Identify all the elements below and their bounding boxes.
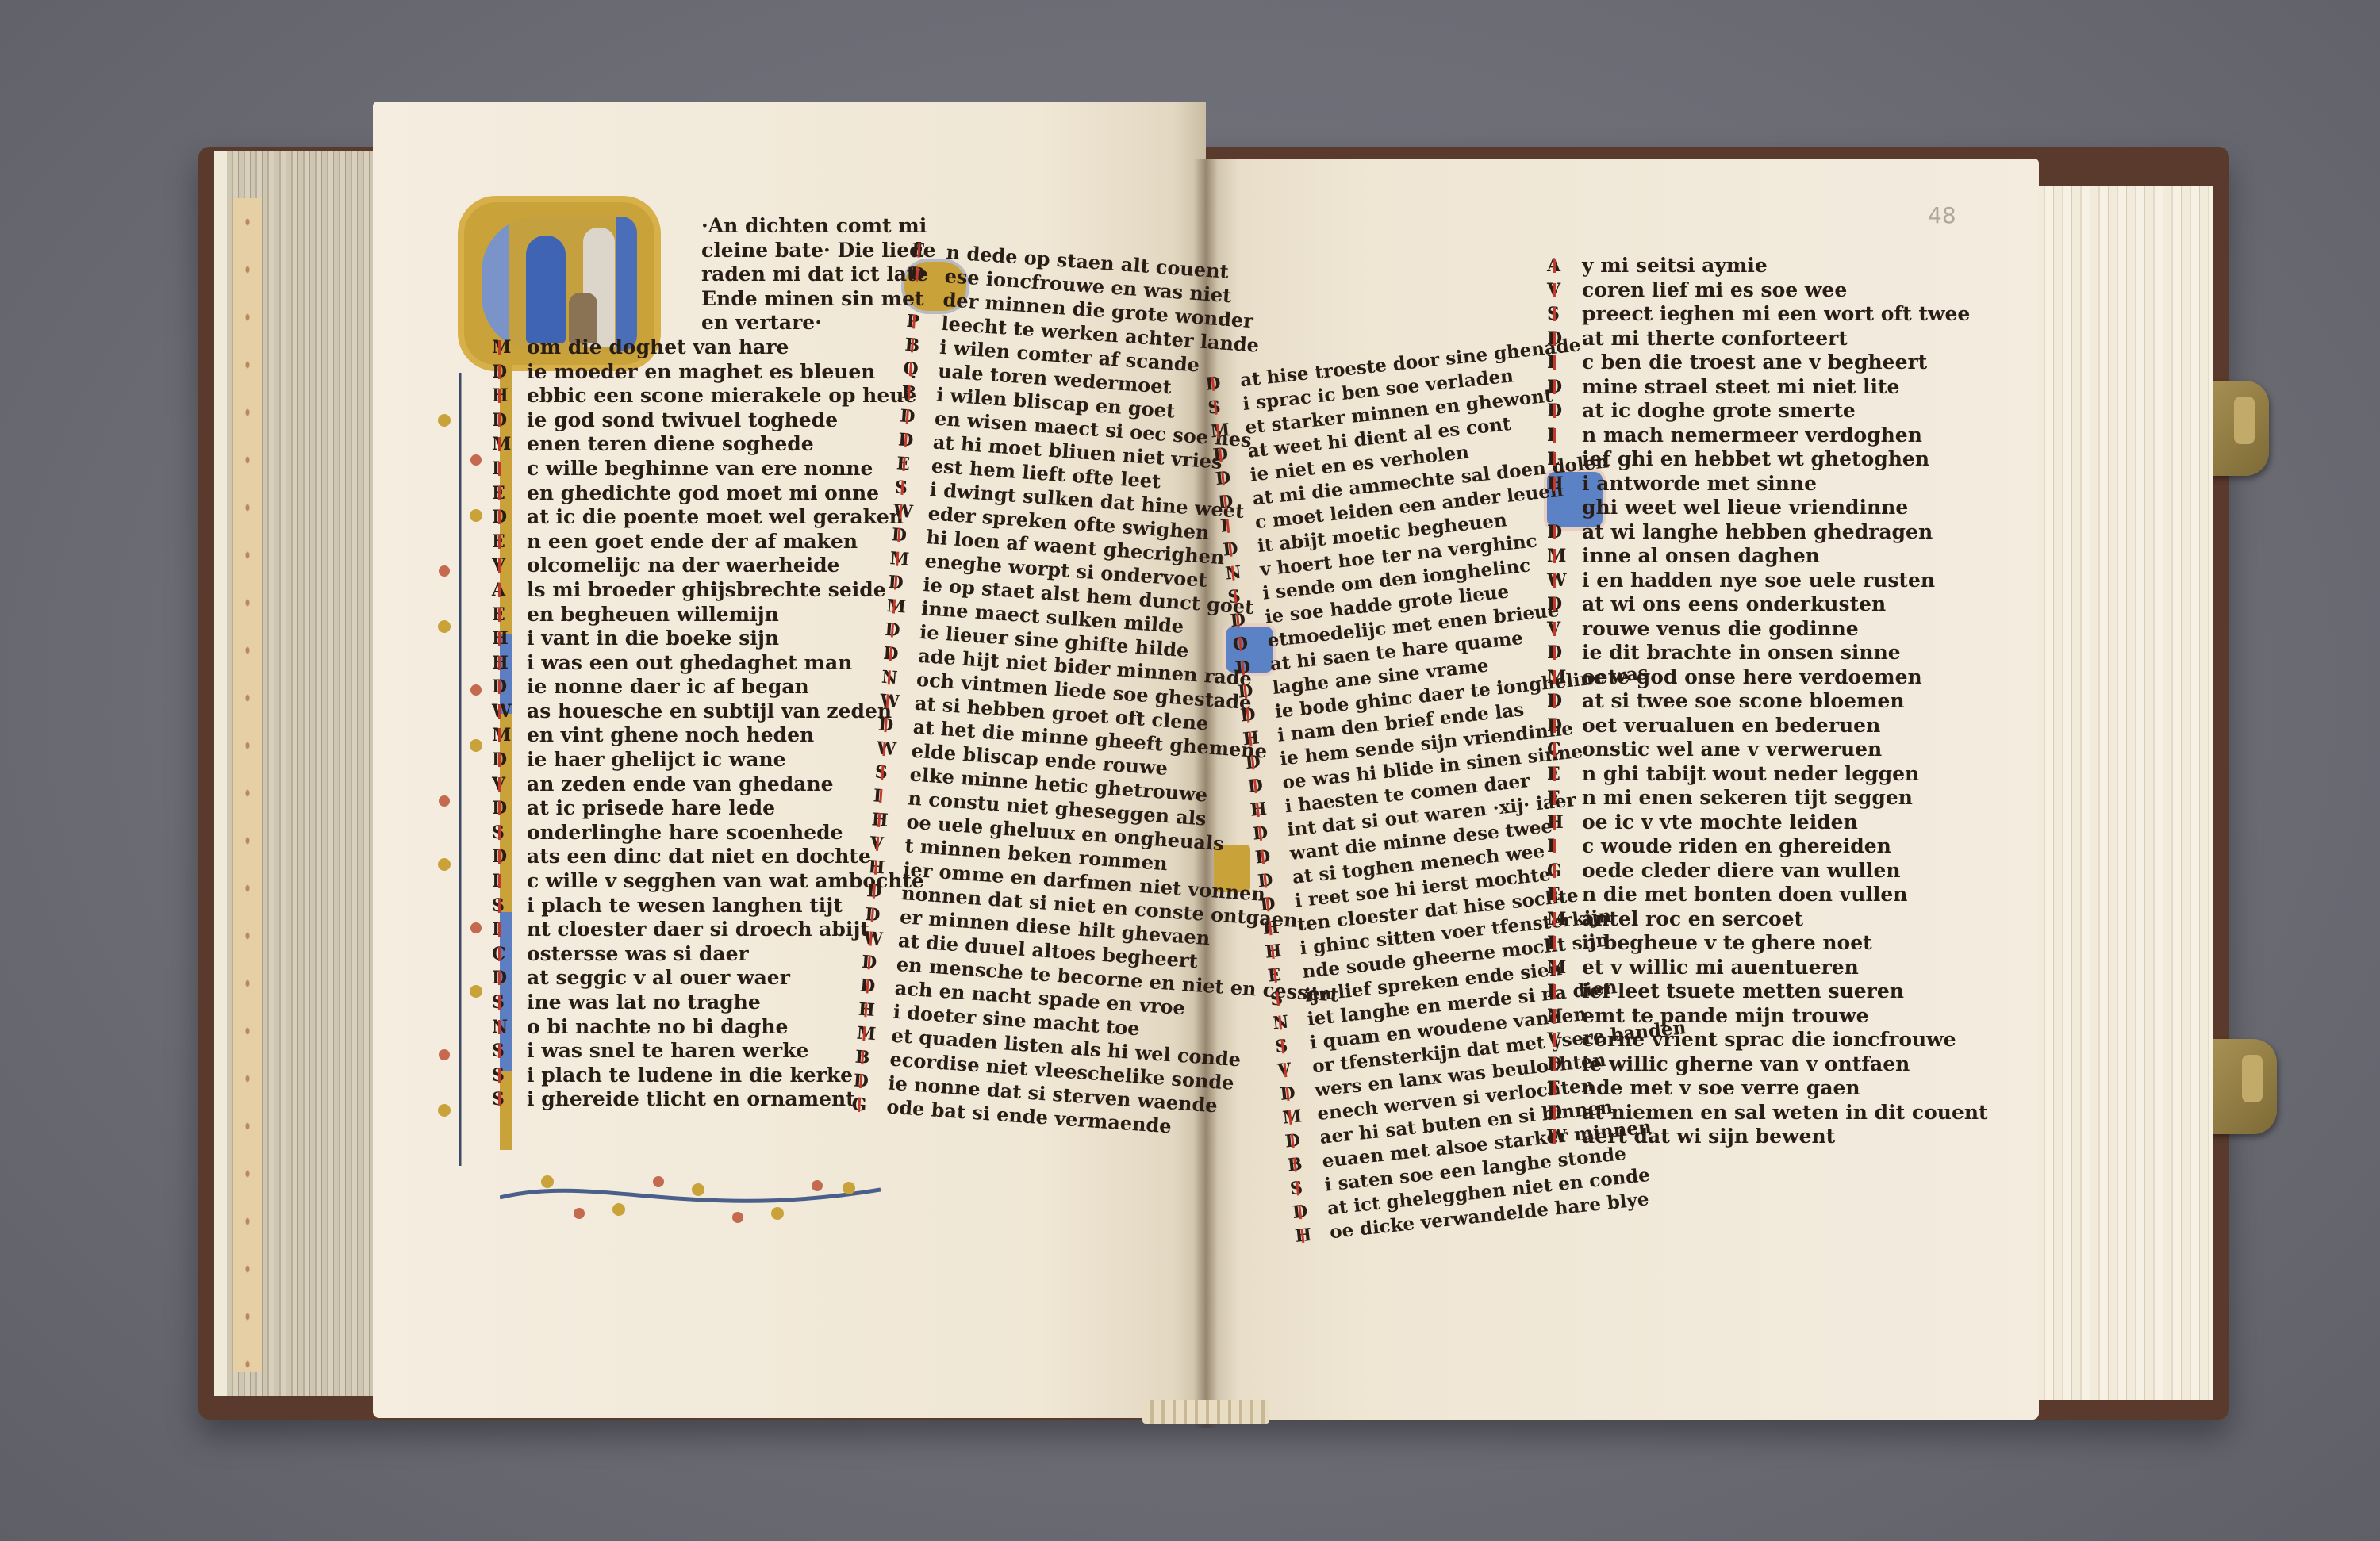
rubricated-initial: H — [1294, 1221, 1331, 1248]
column-d: A y mi seitsi aymie V coren lief mi es s… — [1547, 254, 1988, 1149]
verse-line: H i vant in die boeke sijn — [492, 627, 936, 651]
rubricated-initial: D — [864, 903, 900, 929]
rubricated-initial: M — [1209, 416, 1246, 443]
verse-text: aert dat wi sijn bewent — [1582, 1125, 1988, 1149]
rubricated-initial: D — [1254, 842, 1292, 869]
rubricated-initial: E — [1266, 960, 1303, 987]
verse-line: D ie god sond twivuel toghede — [492, 408, 936, 433]
rubricated-initial: H — [1242, 724, 1279, 751]
rubricated-initial: S — [1269, 984, 1307, 1011]
pricked-margin — [233, 198, 262, 1372]
verse-line: ghi weet wel lieue vriendinne — [1547, 496, 1988, 520]
rubricated-initial: B — [1286, 1150, 1323, 1177]
rubricated-initial: M — [1281, 1102, 1319, 1129]
verse-text: antel roc en sercoet — [1582, 907, 1988, 932]
rubricated-initial: E — [896, 451, 932, 477]
verse-text: oet verualuen en bederuen — [1582, 714, 1988, 738]
rubricated-initial: I — [1547, 351, 1582, 375]
rubricated-initial: D — [1204, 369, 1242, 396]
verse-text: en ghedichte god moet mi onne — [527, 481, 936, 506]
rubricated-initial: D — [1547, 641, 1582, 665]
rubricated-initial: D — [492, 505, 527, 530]
rubricated-initial: M — [1547, 665, 1582, 690]
rubricated-initial: H — [1264, 937, 1301, 964]
verse-text: c ben die troest ane v begheert — [1582, 351, 1988, 375]
rubricated-initial: A — [492, 578, 527, 603]
verse-line: M et v willic mi auentueren — [1547, 956, 1988, 980]
rubricated-initial: V — [1547, 1028, 1582, 1052]
verse-text: raden mi dat ict late — [701, 263, 936, 287]
verse-text: n die met bonten doen vullen — [1582, 883, 1988, 907]
rubricated-initial: D — [1252, 818, 1289, 845]
rubricated-initial: A — [1547, 254, 1582, 278]
rubricated-initial — [666, 287, 701, 312]
rubricated-initial: D — [853, 1068, 889, 1094]
verse-line: H ebbic een scone mierakele op heue — [492, 384, 936, 408]
rubricated-initial: M — [492, 335, 527, 360]
rubricated-initial: V — [492, 772, 527, 797]
rubricated-initial: S — [492, 1039, 527, 1064]
verse-line: D ie moeder en maghet es bleuen — [492, 360, 936, 385]
verse-text: c woude riden en ghereiden — [1582, 834, 1988, 859]
verse-text: mine strael steet mi niet lite — [1582, 375, 1988, 400]
verse-text: at si twee soe scone bloemen — [1582, 689, 1988, 714]
verse-text: onstic wel ane v verweruen — [1582, 738, 1988, 762]
verse-text: ief leet tsuete metten sueren — [1582, 979, 1988, 1004]
rubricated-initial: H — [1249, 795, 1286, 822]
verse-text: ·An dichten comt mi — [701, 214, 936, 239]
verse-text: at ic die poente moet wel geraken — [527, 505, 936, 530]
rubricated-initial: D — [877, 713, 914, 739]
verse-text: ief ghi en hebbet wt ghetoghen — [1582, 447, 1988, 472]
verse-text: c wille beghinne van ere nonne — [527, 457, 936, 481]
verse-line: H i was een out ghedaghet man — [492, 651, 936, 676]
verse-line: W aert dat wi sijn bewent — [1547, 1125, 1988, 1149]
verse-line: M oete god onse here verdoemen — [1547, 665, 1988, 690]
verse-text: n mach nemermeer verdoghen — [1582, 424, 1988, 448]
verse-line: M om die doghet van hare — [492, 335, 936, 360]
verse-line: V an zeden ende van ghedane — [492, 772, 936, 797]
verse-line: ·An dichten comt mi — [492, 214, 936, 239]
verse-line: I c wille beghinne van ere nonne — [492, 457, 936, 481]
rubricated-initial — [1547, 496, 1582, 520]
verse-line: H i antworde met sinne — [1547, 472, 1988, 496]
rubricated-initial: C — [492, 942, 527, 967]
verse-text: at mi therte conforteert — [1582, 327, 1988, 351]
verse-line: D at ic doghe grote smerte — [1547, 399, 1988, 424]
rubricated-initial: H — [871, 807, 908, 834]
rubricated-initial: L — [1547, 979, 1582, 1004]
rubricated-initial: M — [492, 723, 527, 748]
verse-line: E en begheuen willemijn — [492, 603, 936, 627]
verse-line: M antel roc en sercoet — [1547, 907, 1988, 932]
rubricated-initial: D — [492, 845, 527, 869]
verse-text: ls mi broeder ghijsbrechte seide — [527, 578, 936, 603]
verse-text: i vant in die boeke sijn — [527, 627, 936, 651]
rubricated-initial: H — [492, 627, 527, 651]
verse-text: en begheuen willemijn — [527, 603, 936, 627]
verse-line: A y mi seitsi aymie — [1547, 254, 1988, 278]
rubricated-initial: B — [904, 333, 941, 359]
rubricated-initial: D — [1215, 464, 1252, 491]
verse-line: en vertare· — [492, 311, 936, 335]
rubricated-initial: V — [1547, 278, 1582, 303]
verse-line: D at wi ons eens onderkusten — [1547, 592, 1988, 617]
rubricated-initial: C — [1547, 738, 1582, 762]
rubricated-initial: D — [492, 360, 527, 385]
rubricated-initial: L — [1547, 447, 1582, 472]
verse-text: corne vrient sprac die ioncfrouwe — [1582, 1028, 1988, 1052]
bottom-vine-border — [500, 1166, 881, 1237]
rubricated-initial: D — [1244, 748, 1281, 775]
rubricated-initial: D — [1279, 1079, 1316, 1106]
verse-line: M enen teren diene soghede — [492, 432, 936, 457]
rubricated-initial: E — [492, 603, 527, 627]
rubricated-initial: S — [1289, 1174, 1326, 1201]
verse-line: E n die met bonten doen vullen — [1547, 883, 1988, 907]
verse-text: coren lief mi es soe wee — [1582, 278, 1988, 303]
verse-text: oe ic v vte mochte leiden — [1582, 811, 1988, 835]
verse-line: G oede cleder diere van wullen — [1547, 859, 1988, 884]
verse-line: E n mi enen sekeren tijt seggen — [1547, 786, 1988, 811]
verse-line: S onderlinghe hare scoenhede — [492, 821, 936, 845]
rubricated-initial: S — [492, 991, 527, 1015]
verse-line: W i en hadden nye soe uele rusten — [1547, 569, 1988, 593]
rubricated-initial: W — [879, 689, 916, 715]
rubricated-initial: I — [492, 457, 527, 481]
rubricated-initial: D — [1547, 1052, 1582, 1077]
rubricated-initial: N — [1224, 558, 1261, 585]
rubricated-initial: D — [859, 974, 896, 1000]
rubricated-initial: M — [886, 594, 923, 620]
verse-line: Ende minen sin met — [492, 287, 936, 312]
verse-line: I c ben die troest ane v begheert — [1547, 351, 1988, 375]
rubricated-initial: W — [1547, 1125, 1582, 1149]
rubricated-initial: D — [1284, 1126, 1321, 1153]
rubricated-initial: G — [851, 1092, 888, 1118]
rubricated-initial: B — [854, 1045, 891, 1071]
verse-line: cleine bate· Die liede — [492, 239, 936, 263]
verse-text: oete god onse here verdoemen — [1582, 665, 1988, 690]
verse-line: L ief ghi en hebbet wt ghetoghen — [1547, 447, 1988, 472]
rubricated-initial: I — [873, 784, 909, 810]
rubricated-initial: M — [1547, 544, 1582, 569]
rubricated-initial: D — [899, 404, 935, 430]
verse-text: preect ieghen mi een wort oft twee — [1582, 302, 1988, 327]
rubricated-initial: I — [492, 918, 527, 942]
verse-text: n een goet ende der af maken — [527, 530, 936, 554]
verse-line: S preect ieghen mi een wort oft twee — [1547, 302, 1988, 327]
verse-line: E n ghi tabijt wout neder leggen — [1547, 762, 1988, 787]
verse-text: inne al onsen daghen — [1582, 544, 1988, 569]
rubricated-initial: D — [891, 523, 927, 549]
headband — [1142, 1400, 1269, 1424]
rubricated-initial — [666, 214, 701, 239]
rubricated-initial: N — [881, 665, 917, 692]
verse-line: D oet verualuen en bederuen — [1547, 714, 1988, 738]
rubricated-initial: D — [492, 748, 527, 772]
rubricated-initial: D — [1547, 327, 1582, 351]
rubricated-initial: S — [1207, 393, 1244, 420]
rubricated-initial: D — [882, 642, 919, 668]
rubricated-initial: E — [1547, 786, 1582, 811]
verse-text: i antworde met sinne — [1582, 472, 1988, 496]
verse-line: D at ic die poente moet wel geraken — [492, 505, 936, 530]
verse-line: I n mach nemermeer verdoghen — [1547, 424, 1988, 448]
verse-line: D at wi langhe hebben ghedragen — [1547, 520, 1988, 545]
verse-line: D at ic prisede hare lede — [492, 796, 936, 821]
rubricated-initial — [908, 286, 944, 312]
rubricated-initial: S — [1226, 582, 1264, 609]
verse-text: at niemen en sal weten in dit couent — [1582, 1101, 1988, 1125]
verse-text: i en hadden nye soe uele rusten — [1582, 569, 1988, 593]
rubricated-initial: D — [1259, 890, 1296, 917]
rubricated-initial — [666, 239, 701, 263]
folio-number: 48 — [1928, 202, 1956, 228]
verse-line: I n begheue v te ghere noet — [1547, 931, 1988, 956]
rubricated-initial: D — [1292, 1198, 1329, 1225]
rubricated-initial: S — [492, 1087, 527, 1112]
rubricated-initial: E — [492, 481, 527, 506]
verse-line: H oe ic v vte mochte leiden — [1547, 811, 1988, 835]
rubricated-initial: V — [492, 554, 527, 578]
rubricated-initial: M — [492, 432, 527, 457]
verse-line: I c woude riden en ghereiden — [1547, 834, 1988, 859]
verse-text: at wi langhe hebben ghedragen — [1582, 520, 1988, 545]
rubricated-initial: D — [1234, 653, 1272, 680]
rubricated-initial: D — [1547, 375, 1582, 400]
verse-text: ie nonne daer ic af began — [527, 675, 936, 700]
verse-text: at ic doghe grote smerte — [1582, 399, 1988, 424]
rubricated-initial: D — [1547, 592, 1582, 617]
verse-text: ie god sond twivuel toghede — [527, 408, 936, 433]
verse-text: i was een out ghedaghet man — [527, 651, 936, 676]
verse-text: cleine bate· Die liede — [701, 239, 936, 263]
rubricated-initial: D — [866, 879, 902, 905]
verse-line: D at mi therte conforteert — [1547, 327, 1988, 351]
verse-text: ebbic een scone mierakele op heue — [527, 384, 936, 408]
verse-text: ie willic gherne van v ontfaen — [1582, 1052, 1988, 1077]
verse-text: nde met v soe verre gaen — [1582, 1076, 1988, 1101]
rubricated-initial: H — [1547, 811, 1582, 835]
verse-line: raden mi dat ict late — [492, 263, 936, 287]
rubricated-initial: E — [492, 530, 527, 554]
verse-line: N emt te pande mijn trouwe — [1547, 1004, 1988, 1029]
rubricated-initial: M — [1547, 907, 1582, 932]
rubricated-initial: E — [1547, 762, 1582, 787]
rubricated-initial: E — [1547, 1076, 1582, 1101]
left-vine-border — [413, 373, 484, 1166]
rubricated-initial: Q — [902, 357, 939, 383]
verse-text: y mi seitsi aymie — [1582, 254, 1988, 278]
rubricated-initial: D — [1547, 1101, 1582, 1125]
verse-line: D at niemen en sal weten in dit couent — [1547, 1101, 1988, 1125]
verse-text: enen teren diene soghede — [527, 432, 936, 457]
rubricated-initial: O — [1231, 630, 1269, 657]
verse-line: E en ghedichte god moet mi onne — [492, 481, 936, 506]
verse-line: D mine strael steet mi niet lite — [1547, 375, 1988, 400]
rubricated-initial: D — [909, 262, 946, 288]
rubricated-initial: D — [1222, 535, 1259, 562]
rubricated-initial: M — [1547, 956, 1582, 980]
rubricated-initial: H — [492, 651, 527, 676]
verse-text: et v willic mi auentueren — [1582, 956, 1988, 980]
verse-text: ghi weet wel lieue vriendinne — [1582, 496, 1988, 520]
rubricated-initial: V — [1276, 1056, 1314, 1083]
verse-line: V coren lief mi es soe wee — [1547, 278, 1988, 303]
verse-text: n ghi tabijt wout neder leggen — [1582, 762, 1988, 787]
rubricated-initial: D — [492, 966, 527, 991]
verse-text: Ende minen sin met — [701, 287, 936, 312]
rubricated-initial: N — [1272, 1008, 1309, 1035]
verse-line: D ie dit brachte in onsen sinne — [1547, 641, 1988, 665]
rubricated-initial: I — [1547, 931, 1582, 956]
rubricated-initial: D — [1547, 520, 1582, 545]
rubricated-initial: D — [1237, 677, 1274, 703]
verse-line: V corne vrient sprac die ioncfrouwe — [1547, 1028, 1988, 1052]
verse-text: rouwe venus die godinne — [1582, 617, 1988, 642]
rubricated-initial: N — [1547, 1004, 1582, 1029]
verse-line: V rouwe venus die godinne — [1547, 617, 1988, 642]
rubricated-initial: I — [1547, 834, 1582, 859]
rubricated-initial: V — [1547, 617, 1582, 642]
verse-line: M inne al onsen daghen — [1547, 544, 1988, 569]
rubricated-initial: S — [492, 821, 527, 845]
rubricated-initial: I — [492, 869, 527, 894]
verse-line: A ls mi broeder ghijsbrechte seide — [492, 578, 936, 603]
verse-line: V olcomelijc na der waerheide — [492, 554, 936, 578]
rubricated-initial — [666, 311, 701, 335]
rubricated-initial: D — [1547, 714, 1582, 738]
rubricated-initial: S — [1547, 302, 1582, 327]
rubricated-initial: D — [888, 570, 924, 596]
rubricated-initial: D — [884, 618, 920, 644]
rubricated-initial: D — [897, 427, 934, 454]
rubricated-initial: S — [1274, 1032, 1311, 1059]
rubricated-initial: H — [867, 855, 904, 881]
verse-line: L ief leet tsuete metten sueren — [1547, 979, 1988, 1004]
verse-line: D ie haer ghelijct ic wane — [492, 748, 936, 772]
verse-line: D ie nonne daer ic af began — [492, 675, 936, 700]
rubricated-initial: D — [861, 950, 897, 976]
rubricated-initial: H — [1547, 472, 1582, 496]
verse-line: W as houesche en subtijl van zeden — [492, 700, 936, 724]
verse-line: E nde met v soe verre gaen — [1547, 1076, 1988, 1101]
rubricated-initial: M — [889, 546, 926, 573]
rubricated-initial: E — [911, 238, 947, 264]
rubricated-initial: N — [492, 1015, 527, 1040]
rubricated-initial: G — [1547, 859, 1582, 884]
verse-text: en vertare· — [701, 311, 936, 335]
rubricated-initial: D — [492, 675, 527, 700]
rubricated-initial: D — [1246, 772, 1284, 799]
rubricated-initial: I — [1547, 424, 1582, 448]
rubricated-initial: W — [892, 499, 929, 525]
verse-line: M en vint ghene noch heden — [492, 723, 936, 748]
rubricated-initial: D — [492, 796, 527, 821]
rubricated-initial: P — [906, 309, 942, 335]
verse-text: n mi enen sekeren tijt seggen — [1582, 786, 1988, 811]
verse-text: emt te pande mijn trouwe — [1582, 1004, 1988, 1029]
page-stack-left — [214, 151, 393, 1396]
rubricated-initial: D — [492, 408, 527, 433]
rubricated-initial: S — [492, 894, 527, 918]
rubricated-initial: D — [1547, 689, 1582, 714]
rubricated-initial: W — [876, 736, 912, 762]
rubricated-initial: S — [874, 760, 911, 786]
verse-line: C onstic wel ane v verweruen — [1547, 738, 1988, 762]
rubricated-initial: I — [1219, 511, 1257, 538]
verse-line: D at si twee soe scone bloemen — [1547, 689, 1988, 714]
rubricated-initial: D — [1547, 399, 1582, 424]
rubricated-initial: H — [1261, 914, 1299, 941]
verse-line: D ie willic gherne van v ontfaen — [1547, 1052, 1988, 1077]
rubricated-initial: W — [492, 700, 527, 724]
rubricated-initial: D — [1211, 440, 1249, 467]
rubricated-initial: H — [858, 998, 894, 1024]
verse-line: E n een goet ende der af maken — [492, 530, 936, 554]
verse-text: om die doghet van hare — [527, 335, 936, 360]
rubricated-initial: D — [1257, 866, 1294, 893]
rubricated-initial: S — [492, 1064, 527, 1088]
verse-text: ie moeder en maghet es bleuen — [527, 360, 936, 385]
rubricated-initial — [666, 263, 701, 287]
rubricated-initial: H — [492, 384, 527, 408]
verse-text: olcomelijc na der waerheide — [527, 554, 936, 578]
verse-text: at wi ons eens onderkusten — [1582, 592, 1988, 617]
rubricated-initial: D — [1239, 700, 1276, 727]
rubricated-initial: W — [862, 926, 899, 953]
rubricated-initial: V — [869, 831, 906, 857]
rubricated-initial: D — [1217, 488, 1254, 515]
verse-text: n begheue v te ghere noet — [1582, 931, 1988, 956]
rubricated-initial: S — [894, 475, 931, 501]
rubricated-initial: W — [1547, 569, 1582, 593]
verse-text: as houesche en subtijl van zeden — [527, 700, 936, 724]
verse-text: oede cleder diere van wullen — [1582, 859, 1988, 884]
verse-text: ie dit brachte in onsen sinne — [1582, 641, 1988, 665]
rubricated-initial: D — [1229, 606, 1266, 633]
rubricated-initial: E — [1547, 883, 1582, 907]
verse-text: en vint ghene noch heden — [527, 723, 936, 748]
rubricated-initial: M — [856, 1022, 892, 1048]
rubricated-initial: B — [900, 381, 937, 407]
